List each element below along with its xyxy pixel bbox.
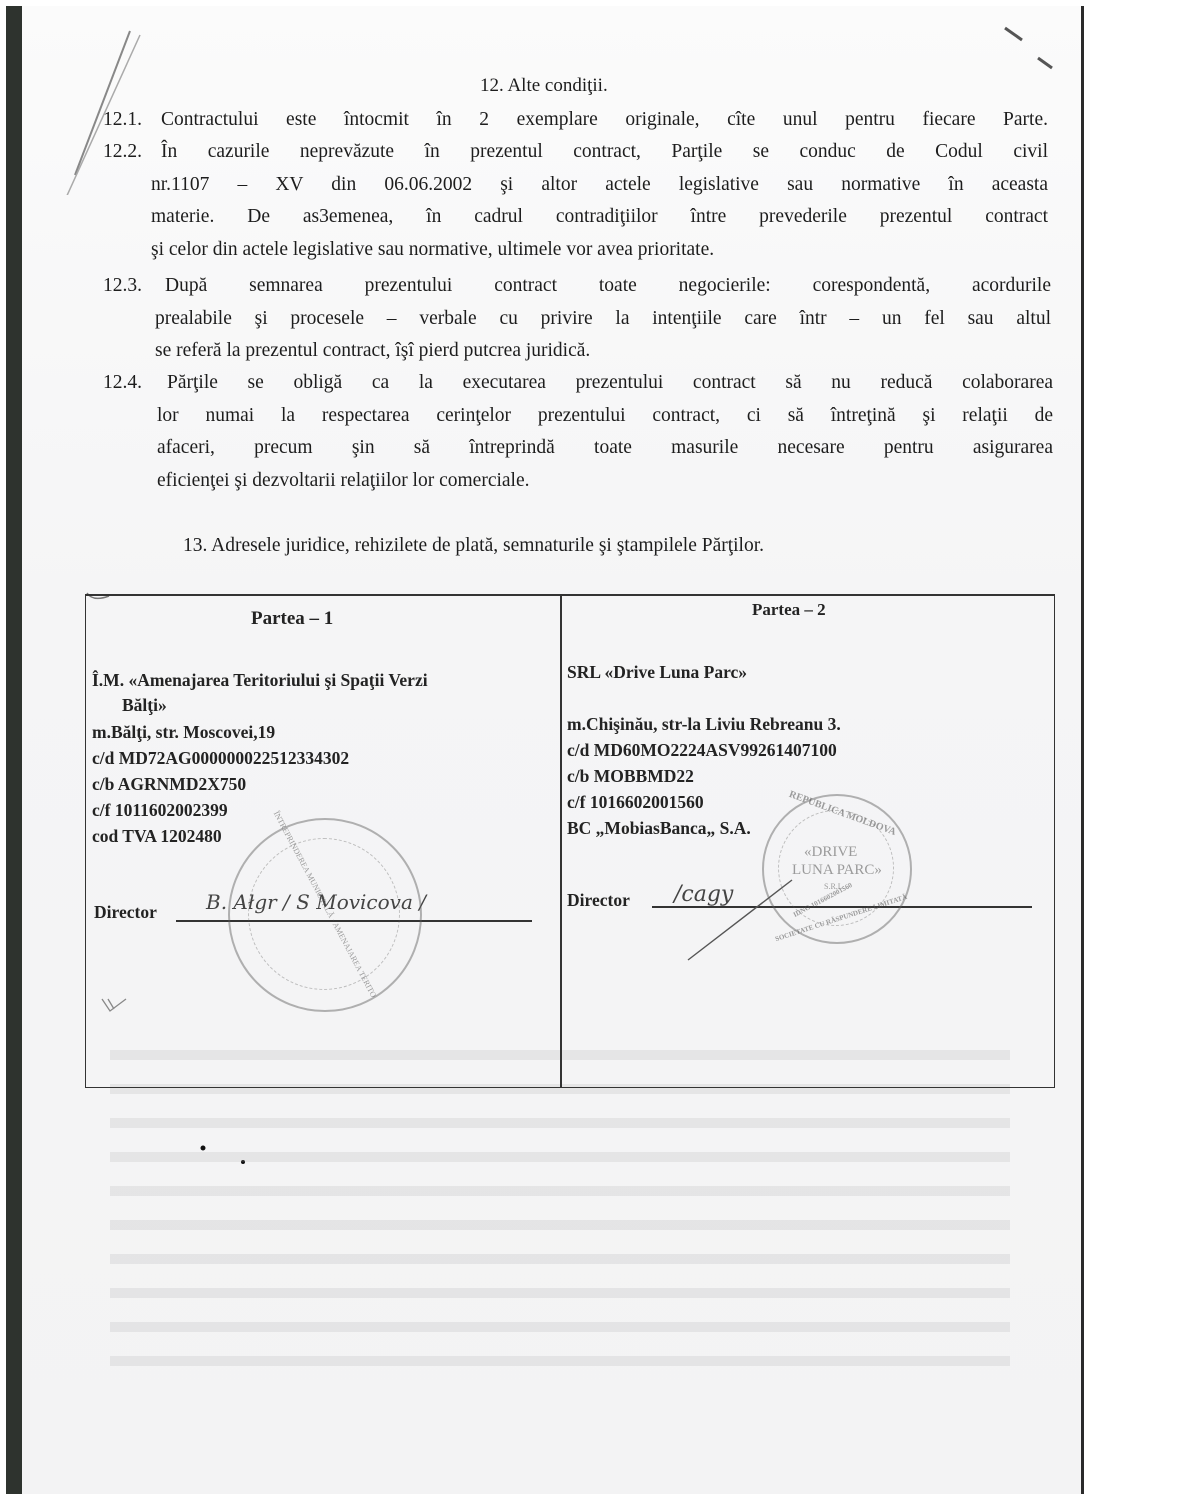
party-2-fiscal-code: c/f 1016602001560 <box>567 792 704 813</box>
party-2-column: Partea – 2 SRL «Drive Luna Parc» m.Chişi… <box>562 596 1054 1087</box>
clause-12-4: 12.4. Părţile se obligă ca la executarea… <box>103 367 1053 497</box>
party-1-bank-code: c/b AGRNMD2X750 <box>92 774 246 795</box>
clause-number: 12.1. <box>103 104 142 137</box>
party-2-stamp-name-1: «DRIVE <box>804 844 857 861</box>
party-2-bank-name: BC „MobiasBanca„ S.A. <box>567 818 751 839</box>
scan-left-border <box>6 6 22 1494</box>
clause-number: 12.3. <box>103 270 142 303</box>
section-12-title: 12. Alte condiţii. <box>480 75 608 97</box>
party-1-address: m.Bălţi, str. Moscovei,19 <box>92 722 275 743</box>
section-13-title: 13. Adresele juridice, rehizilete de pla… <box>183 535 764 557</box>
party-1-name-cont: Bălţi» <box>122 695 167 716</box>
clause-12-3: 12.3. După semnarea prezentului contract… <box>103 270 1051 368</box>
party-2-title: Partea – 2 <box>752 600 826 620</box>
party-1-account: c/d MD72AG000000022512334302 <box>92 748 349 769</box>
party-1-column: Partea – 1 Î.M. «Amenajarea Teritoriului… <box>86 596 560 1087</box>
party-1-vat-code: cod TVA 1202480 <box>92 826 222 847</box>
clause-number: 12.4. <box>103 367 142 400</box>
parties-table: Partea – 1 Î.M. «Amenajarea Teritoriului… <box>85 594 1055 1088</box>
party-2-bank-code: c/b MOBBMD22 <box>567 766 694 787</box>
clause-12-2: 12.2. În cazurile neprevăzute în prezent… <box>103 136 1048 266</box>
party-2-stamp: REPUBLICA MOLDOVA «DRIVE LUNA PARC» S.R.… <box>762 794 912 944</box>
party-1-title: Partea – 1 <box>251 608 333 630</box>
scan-right-edge <box>1081 6 1084 1494</box>
pen-mark-top-right <box>1000 20 1060 80</box>
clause-text: Contractului este întocmit în 2 exemplar… <box>103 104 1048 137</box>
party-2-name: SRL «Drive Luna Parc» <box>567 662 747 683</box>
party-2-account: c/d MD60MO2224ASV99261407100 <box>567 740 837 761</box>
clause-12-1: 12.1. Contractului este întocmit în 2 ex… <box>103 104 1048 137</box>
clause-number: 12.2. <box>103 136 142 169</box>
party-1-name: Î.M. «Amenajarea Teritoriului şi Spaţii … <box>92 670 428 691</box>
party-2-address: m.Chişinău, str-la Liviu Rebreanu 3. <box>567 714 841 735</box>
party-1-director-label: Director <box>94 902 157 923</box>
party-1-stamp: ÎNTREPRINDEREA MUNICIPALĂ · AMENAJAREA T… <box>228 818 422 1012</box>
party-2-stamp-name-2: LUNA PARC» <box>792 862 882 879</box>
party-2-director-label: Director <box>567 890 630 911</box>
party-1-fiscal-code: c/f 1011602002399 <box>92 800 228 821</box>
